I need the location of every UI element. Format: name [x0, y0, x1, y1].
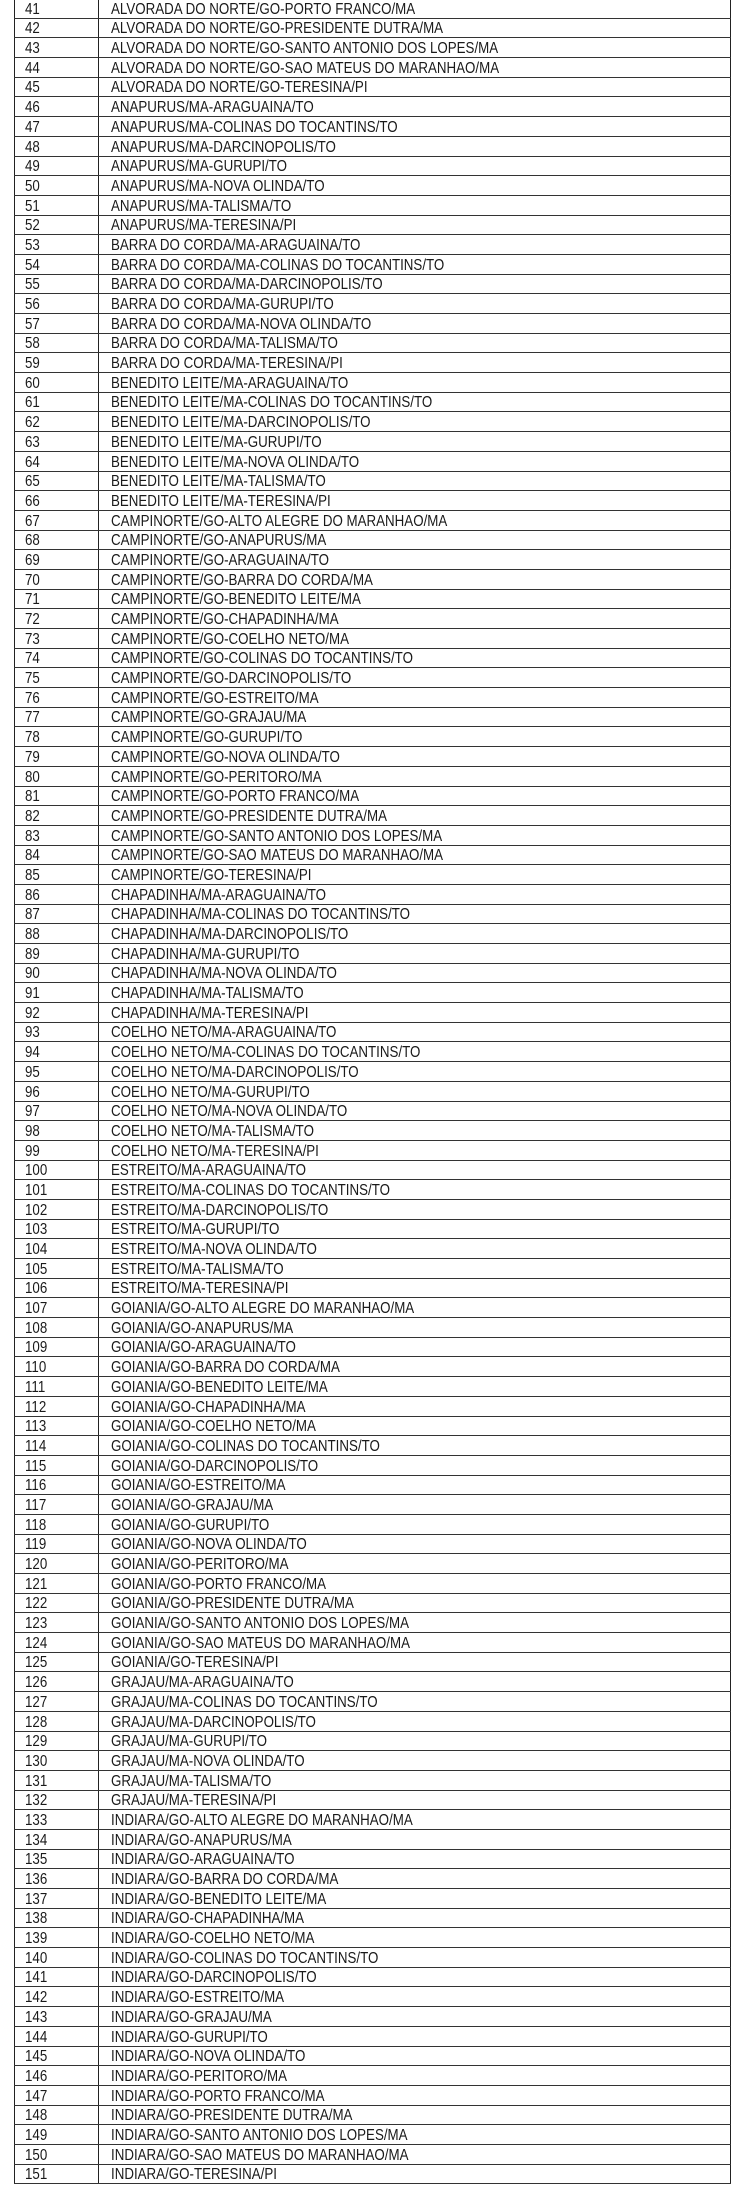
route-text: ESTREITO/MA-TALISMA/TO	[111, 1261, 284, 1278]
table-row: 135INDIARA/GO-ARAGUAINA/TO	[15, 1849, 731, 1869]
route-text: CHAPADINHA/MA-ARAGUAINA/TO	[111, 887, 326, 904]
row-number-cell: 65	[15, 471, 99, 491]
route-cell: GOIANIA/GO-SANTO ANTONIO DOS LOPES/MA	[99, 1613, 731, 1633]
route-cell: COELHO NETO/MA-COLINAS DO TOCANTINS/TO	[99, 1042, 731, 1062]
row-number: 144	[25, 2029, 47, 2046]
row-number-cell: 116	[15, 1475, 99, 1495]
table-row: 112GOIANIA/GO-CHAPADINHA/MA	[15, 1396, 731, 1416]
table-row: 100ESTREITO/MA-ARAGUAINA/TO	[15, 1160, 731, 1180]
row-number-cell: 63	[15, 432, 99, 452]
table-row: 86CHAPADINHA/MA-ARAGUAINA/TO	[15, 884, 731, 904]
table-row: 103ESTREITO/MA-GURUPI/TO	[15, 1219, 731, 1239]
row-number-cell: 69	[15, 550, 99, 570]
table-row: 118GOIANIA/GO-GURUPI/TO	[15, 1514, 731, 1534]
table-row: 130GRAJAU/MA-NOVA OLINDA/TO	[15, 1751, 731, 1771]
route-cell: BARRA DO CORDA/MA-ARAGUAINA/TO	[99, 235, 731, 255]
table-row: 67CAMPINORTE/GO-ALTO ALEGRE DO MARANHAO/…	[15, 510, 731, 530]
row-number: 50	[25, 178, 40, 195]
row-number-cell: 78	[15, 727, 99, 747]
row-number-cell: 41	[15, 0, 99, 18]
route-cell: ANAPURUS/MA-TERESINA/PI	[99, 215, 731, 235]
row-number-cell: 43	[15, 38, 99, 58]
table-row: 53BARRA DO CORDA/MA-ARAGUAINA/TO	[15, 235, 731, 255]
row-number: 75	[25, 670, 40, 687]
row-number-cell: 119	[15, 1534, 99, 1554]
route-text: BENEDITO LEITE/MA-COLINAS DO TOCANTINS/T…	[111, 394, 432, 411]
row-number: 125	[25, 1654, 47, 1671]
table-row: 49ANAPURUS/MA-GURUPI/TO	[15, 156, 731, 176]
route-cell: ESTREITO/MA-NOVA OLINDA/TO	[99, 1239, 731, 1259]
route-text: CAMPINORTE/GO-CHAPADINHA/MA	[111, 611, 339, 628]
row-number-cell: 123	[15, 1613, 99, 1633]
table-row: 41ALVORADA DO NORTE/GO-PORTO FRANCO/MA	[15, 0, 731, 18]
route-cell: CAMPINORTE/GO-ALTO ALEGRE DO MARANHAO/MA	[99, 510, 731, 530]
route-cell: GOIANIA/GO-ESTREITO/MA	[99, 1475, 731, 1495]
route-text: BARRA DO CORDA/MA-ARAGUAINA/TO	[111, 237, 360, 254]
route-text: CAMPINORTE/GO-PRESIDENTE DUTRA/MA	[111, 808, 387, 825]
row-number-cell: 57	[15, 314, 99, 334]
row-number-cell: 51	[15, 195, 99, 215]
table-row: 138INDIARA/GO-CHAPADINHA/MA	[15, 1908, 731, 1928]
route-cell: BARRA DO CORDA/MA-TALISMA/TO	[99, 333, 731, 353]
row-number: 131	[25, 1773, 47, 1790]
route-cell: BENEDITO LEITE/MA-TALISMA/TO	[99, 471, 731, 491]
route-text: BARRA DO CORDA/MA-TALISMA/TO	[111, 335, 338, 352]
row-number: 61	[25, 394, 40, 411]
table-row: 72CAMPINORTE/GO-CHAPADINHA/MA	[15, 609, 731, 629]
table-row: 127GRAJAU/MA-COLINAS DO TOCANTINS/TO	[15, 1692, 731, 1712]
table-row: 128GRAJAU/MA-DARCINOPOLIS/TO	[15, 1711, 731, 1731]
row-number: 136	[25, 1871, 47, 1888]
table-row: 145INDIARA/GO-NOVA OLINDA/TO	[15, 2046, 731, 2066]
table-row: 92CHAPADINHA/MA-TERESINA/PI	[15, 1003, 731, 1023]
table-row: 93COELHO NETO/MA-ARAGUAINA/TO	[15, 1022, 731, 1042]
route-text: CAMPINORTE/GO-SAO MATEUS DO MARANHAO/MA	[111, 847, 443, 864]
row-number: 112	[25, 1399, 46, 1416]
row-number: 48	[25, 139, 40, 156]
route-text: CAMPINORTE/GO-COELHO NETO/MA	[111, 631, 349, 648]
row-number: 96	[25, 1084, 40, 1101]
table-row: 64BENEDITO LEITE/MA-NOVA OLINDA/TO	[15, 451, 731, 471]
route-text: COELHO NETO/MA-GURUPI/TO	[111, 1084, 310, 1101]
route-text: ANAPURUS/MA-TALISMA/TO	[111, 198, 291, 215]
row-number-cell: 140	[15, 1948, 99, 1968]
row-number-cell: 133	[15, 1810, 99, 1830]
route-text: GRAJAU/MA-GURUPI/TO	[111, 1733, 267, 1750]
route-cell: ESTREITO/MA-TALISMA/TO	[99, 1259, 731, 1279]
routes-table: 41ALVORADA DO NORTE/GO-PORTO FRANCO/MA42…	[14, 0, 731, 2184]
row-number: 134	[25, 1832, 47, 1849]
row-number-cell: 135	[15, 1849, 99, 1869]
route-text: INDIARA/GO-ESTREITO/MA	[111, 1989, 284, 2006]
route-cell: BARRA DO CORDA/MA-COLINAS DO TOCANTINS/T…	[99, 254, 731, 274]
route-cell: BARRA DO CORDA/MA-TERESINA/PI	[99, 353, 731, 373]
row-number: 126	[25, 1674, 47, 1691]
table-row: 113GOIANIA/GO-COELHO NETO/MA	[15, 1416, 731, 1436]
row-number: 145	[25, 2048, 47, 2065]
route-cell: BENEDITO LEITE/MA-GURUPI/TO	[99, 432, 731, 452]
row-number: 93	[25, 1024, 40, 1041]
row-number-cell: 96	[15, 1081, 99, 1101]
table-row: 43ALVORADA DO NORTE/GO-SANTO ANTONIO DOS…	[15, 38, 731, 58]
row-number: 55	[25, 276, 40, 293]
row-number-cell: 54	[15, 254, 99, 274]
row-number-cell: 132	[15, 1790, 99, 1810]
table-row: 98COELHO NETO/MA-TALISMA/TO	[15, 1121, 731, 1141]
row-number: 44	[25, 60, 40, 77]
route-text: INDIARA/GO-PERITORO/MA	[111, 2068, 287, 2085]
row-number: 103	[25, 1221, 47, 1238]
row-number-cell: 134	[15, 1829, 99, 1849]
row-number: 124	[25, 1635, 47, 1652]
table-row: 63BENEDITO LEITE/MA-GURUPI/TO	[15, 432, 731, 452]
row-number-cell: 89	[15, 944, 99, 964]
table-row: 73CAMPINORTE/GO-COELHO NETO/MA	[15, 629, 731, 649]
row-number-cell: 109	[15, 1337, 99, 1357]
route-text: ANAPURUS/MA-COLINAS DO TOCANTINS/TO	[111, 119, 398, 136]
table-row: 65BENEDITO LEITE/MA-TALISMA/TO	[15, 471, 731, 491]
table-row: 47ANAPURUS/MA-COLINAS DO TOCANTINS/TO	[15, 117, 731, 137]
row-number-cell: 124	[15, 1633, 99, 1653]
route-text: COELHO NETO/MA-DARCINOPOLIS/TO	[111, 1064, 359, 1081]
row-number: 127	[25, 1694, 47, 1711]
row-number: 70	[25, 572, 40, 589]
route-cell: ESTREITO/MA-DARCINOPOLIS/TO	[99, 1199, 731, 1219]
row-number-cell: 90	[15, 963, 99, 983]
route-cell: GOIANIA/GO-SAO MATEUS DO MARANHAO/MA	[99, 1633, 731, 1653]
row-number-cell: 147	[15, 2085, 99, 2105]
table-row: 126GRAJAU/MA-ARAGUAINA/TO	[15, 1672, 731, 1692]
route-text: ESTREITO/MA-NOVA OLINDA/TO	[111, 1241, 317, 1258]
route-text: CHAPADINHA/MA-COLINAS DO TOCANTINS/TO	[111, 906, 410, 923]
route-text: GOIANIA/GO-PORTO FRANCO/MA	[111, 1576, 326, 1593]
route-cell: GOIANIA/GO-NOVA OLINDA/TO	[99, 1534, 731, 1554]
route-cell: GOIANIA/GO-DARCINOPOLIS/TO	[99, 1455, 731, 1475]
table-row: 50ANAPURUS/MA-NOVA OLINDA/TO	[15, 176, 731, 196]
row-number-cell: 77	[15, 707, 99, 727]
row-number: 121	[25, 1576, 47, 1593]
route-cell: BENEDITO LEITE/MA-TERESINA/PI	[99, 491, 731, 511]
route-cell: GRAJAU/MA-NOVA OLINDA/TO	[99, 1751, 731, 1771]
table-row: 108GOIANIA/GO-ANAPURUS/MA	[15, 1318, 731, 1338]
route-text: ESTREITO/MA-COLINAS DO TOCANTINS/TO	[111, 1182, 390, 1199]
row-number-cell: 141	[15, 1967, 99, 1987]
table-row: 123GOIANIA/GO-SANTO ANTONIO DOS LOPES/MA	[15, 1613, 731, 1633]
route-text: INDIARA/GO-SAO MATEUS DO MARANHAO/MA	[111, 2147, 408, 2164]
route-cell: BARRA DO CORDA/MA-GURUPI/TO	[99, 294, 731, 314]
row-number: 102	[25, 1202, 47, 1219]
route-text: CAMPINORTE/GO-ANAPURUS/MA	[111, 532, 326, 549]
row-number: 73	[25, 631, 40, 648]
route-text: GOIANIA/GO-BARRA DO CORDA/MA	[111, 1359, 340, 1376]
route-cell: CAMPINORTE/GO-PERITORO/MA	[99, 766, 731, 786]
row-number-cell: 64	[15, 451, 99, 471]
route-text: ALVORADA DO NORTE/GO-PRESIDENTE DUTRA/MA	[111, 20, 443, 37]
row-number: 79	[25, 749, 40, 766]
route-text: BENEDITO LEITE/MA-TERESINA/PI	[111, 493, 331, 510]
table-row: 45ALVORADA DO NORTE/GO-TERESINA/PI	[15, 77, 731, 97]
route-cell: GRAJAU/MA-TERESINA/PI	[99, 1790, 731, 1810]
route-text: BARRA DO CORDA/MA-DARCINOPOLIS/TO	[111, 276, 383, 293]
row-number-cell: 138	[15, 1908, 99, 1928]
route-text: CAMPINORTE/GO-COLINAS DO TOCANTINS/TO	[111, 650, 413, 667]
row-number: 51	[25, 198, 40, 215]
row-number: 91	[25, 985, 40, 1002]
row-number: 76	[25, 690, 40, 707]
row-number: 142	[25, 1989, 47, 2006]
table-row: 119GOIANIA/GO-NOVA OLINDA/TO	[15, 1534, 731, 1554]
route-text: CAMPINORTE/GO-TERESINA/PI	[111, 867, 311, 884]
route-text: GOIANIA/GO-ALTO ALEGRE DO MARANHAO/MA	[111, 1300, 414, 1317]
table-row: 139INDIARA/GO-COELHO NETO/MA	[15, 1928, 731, 1948]
route-cell: BENEDITO LEITE/MA-ARAGUAINA/TO	[99, 373, 731, 393]
route-text: BENEDITO LEITE/MA-NOVA OLINDA/TO	[111, 454, 359, 471]
route-cell: BENEDITO LEITE/MA-DARCINOPOLIS/TO	[99, 412, 731, 432]
route-text: GOIANIA/GO-COELHO NETO/MA	[111, 1418, 316, 1435]
row-number-cell: 113	[15, 1416, 99, 1436]
row-number-cell: 143	[15, 2007, 99, 2027]
table-row: 42ALVORADA DO NORTE/GO-PRESIDENTE DUTRA/…	[15, 18, 731, 38]
route-text: COELHO NETO/MA-COLINAS DO TOCANTINS/TO	[111, 1044, 420, 1061]
row-number-cell: 102	[15, 1199, 99, 1219]
row-number: 130	[25, 1753, 47, 1770]
route-text: CAMPINORTE/GO-PORTO FRANCO/MA	[111, 788, 359, 805]
route-text: GRAJAU/MA-TALISMA/TO	[111, 1773, 271, 1790]
row-number-cell: 92	[15, 1003, 99, 1023]
row-number-cell: 100	[15, 1160, 99, 1180]
route-cell: CAMPINORTE/GO-BARRA DO CORDA/MA	[99, 569, 731, 589]
table-row: 101ESTREITO/MA-COLINAS DO TOCANTINS/TO	[15, 1180, 731, 1200]
row-number-cell: 104	[15, 1239, 99, 1259]
route-text: CAMPINORTE/GO-SANTO ANTONIO DOS LOPES/MA	[111, 828, 442, 845]
row-number: 149	[25, 2127, 47, 2144]
row-number-cell: 67	[15, 510, 99, 530]
table-row: 116GOIANIA/GO-ESTREITO/MA	[15, 1475, 731, 1495]
table-row: 90CHAPADINHA/MA-NOVA OLINDA/TO	[15, 963, 731, 983]
row-number: 137	[25, 1891, 47, 1908]
row-number-cell: 114	[15, 1436, 99, 1456]
table-row: 59BARRA DO CORDA/MA-TERESINA/PI	[15, 353, 731, 373]
route-text: COELHO NETO/MA-TALISMA/TO	[111, 1123, 314, 1140]
route-text: GRAJAU/MA-COLINAS DO TOCANTINS/TO	[111, 1694, 378, 1711]
route-cell: GOIANIA/GO-ANAPURUS/MA	[99, 1318, 731, 1338]
table-row: 88CHAPADINHA/MA-DARCINOPOLIS/TO	[15, 924, 731, 944]
route-cell: GOIANIA/GO-PORTO FRANCO/MA	[99, 1574, 731, 1594]
table-row: 121GOIANIA/GO-PORTO FRANCO/MA	[15, 1574, 731, 1594]
route-cell: CHAPADINHA/MA-TERESINA/PI	[99, 1003, 731, 1023]
route-text: INDIARA/GO-BENEDITO LEITE/MA	[111, 1891, 326, 1908]
row-number-cell: 115	[15, 1455, 99, 1475]
table-row: 85CAMPINORTE/GO-TERESINA/PI	[15, 865, 731, 885]
table-row: 48ANAPURUS/MA-DARCINOPOLIS/TO	[15, 136, 731, 156]
route-cell: GOIANIA/GO-GURUPI/TO	[99, 1514, 731, 1534]
row-number-cell: 56	[15, 294, 99, 314]
row-number: 98	[25, 1123, 40, 1140]
route-text: ESTREITO/MA-TERESINA/PI	[111, 1280, 289, 1297]
row-number-cell: 118	[15, 1514, 99, 1534]
route-text: INDIARA/GO-COLINAS DO TOCANTINS/TO	[111, 1950, 378, 1967]
row-number: 43	[25, 40, 40, 57]
row-number: 101	[25, 1182, 47, 1199]
route-cell: GOIANIA/GO-PRESIDENTE DUTRA/MA	[99, 1593, 731, 1613]
row-number-cell: 85	[15, 865, 99, 885]
table-row: 79CAMPINORTE/GO-NOVA OLINDA/TO	[15, 747, 731, 767]
route-text: CAMPINORTE/GO-GURUPI/TO	[111, 729, 302, 746]
route-text: ESTREITO/MA-GURUPI/TO	[111, 1221, 279, 1238]
row-number: 72	[25, 611, 40, 628]
route-text: CAMPINORTE/GO-ESTREITO/MA	[111, 690, 319, 707]
row-number: 89	[25, 946, 40, 963]
table-row: 149INDIARA/GO-SANTO ANTONIO DOS LOPES/MA	[15, 2125, 731, 2145]
route-cell: CAMPINORTE/GO-SANTO ANTONIO DOS LOPES/MA	[99, 825, 731, 845]
table-row: 83CAMPINORTE/GO-SANTO ANTONIO DOS LOPES/…	[15, 825, 731, 845]
table-row: 148INDIARA/GO-PRESIDENTE DUTRA/MA	[15, 2105, 731, 2125]
row-number-cell: 117	[15, 1495, 99, 1515]
row-number-cell: 107	[15, 1298, 99, 1318]
table-row: 77CAMPINORTE/GO-GRAJAU/MA	[15, 707, 731, 727]
table-row: 81CAMPINORTE/GO-PORTO FRANCO/MA	[15, 786, 731, 806]
row-number: 135	[25, 1851, 47, 1868]
row-number: 57	[25, 316, 40, 333]
row-number-cell: 93	[15, 1022, 99, 1042]
row-number-cell: 149	[15, 2125, 99, 2145]
route-cell: ANAPURUS/MA-DARCINOPOLIS/TO	[99, 136, 731, 156]
route-cell: INDIARA/GO-ESTREITO/MA	[99, 1987, 731, 2007]
route-cell: ANAPURUS/MA-GURUPI/TO	[99, 156, 731, 176]
route-text: INDIARA/GO-SANTO ANTONIO DOS LOPES/MA	[111, 2127, 408, 2144]
route-cell: GOIANIA/GO-ARAGUAINA/TO	[99, 1337, 731, 1357]
table-row: 141INDIARA/GO-DARCINOPOLIS/TO	[15, 1967, 731, 1987]
row-number: 41	[25, 1, 40, 18]
route-text: CHAPADINHA/MA-NOVA OLINDA/TO	[111, 965, 337, 982]
table-row: 107GOIANIA/GO-ALTO ALEGRE DO MARANHAO/MA	[15, 1298, 731, 1318]
route-text: INDIARA/GO-PORTO FRANCO/MA	[111, 2088, 325, 2105]
row-number-cell: 120	[15, 1554, 99, 1574]
row-number: 65	[25, 473, 40, 490]
row-number-cell: 46	[15, 97, 99, 117]
route-cell: CAMPINORTE/GO-BENEDITO LEITE/MA	[99, 589, 731, 609]
route-text: CAMPINORTE/GO-DARCINOPOLIS/TO	[111, 670, 351, 687]
row-number: 115	[25, 1458, 46, 1475]
route-cell: GOIANIA/GO-COLINAS DO TOCANTINS/TO	[99, 1436, 731, 1456]
row-number: 111	[25, 1379, 45, 1396]
table-row: 140INDIARA/GO-COLINAS DO TOCANTINS/TO	[15, 1948, 731, 1968]
row-number-cell: 136	[15, 1869, 99, 1889]
row-number: 67	[25, 513, 40, 530]
route-cell: INDIARA/GO-TERESINA/PI	[99, 2164, 731, 2184]
row-number: 45	[25, 79, 40, 96]
route-cell: ALVORADA DO NORTE/GO-SAO MATEUS DO MARAN…	[99, 58, 731, 78]
table-row: 44ALVORADA DO NORTE/GO-SAO MATEUS DO MAR…	[15, 58, 731, 78]
route-text: ESTREITO/MA-DARCINOPOLIS/TO	[111, 1202, 328, 1219]
row-number: 122	[25, 1595, 47, 1612]
row-number: 60	[25, 375, 40, 392]
route-cell: INDIARA/GO-BARRA DO CORDA/MA	[99, 1869, 731, 1889]
routes-table-body: 41ALVORADA DO NORTE/GO-PORTO FRANCO/MA42…	[15, 0, 731, 2184]
row-number: 118	[25, 1517, 46, 1534]
row-number-cell: 81	[15, 786, 99, 806]
table-row: 97COELHO NETO/MA-NOVA OLINDA/TO	[15, 1101, 731, 1121]
route-text: GRAJAU/MA-NOVA OLINDA/TO	[111, 1753, 305, 1770]
route-text: GOIANIA/GO-GRAJAU/MA	[111, 1497, 273, 1514]
table-row: 71CAMPINORTE/GO-BENEDITO LEITE/MA	[15, 589, 731, 609]
row-number-cell: 150	[15, 2144, 99, 2164]
row-number-cell: 75	[15, 668, 99, 688]
row-number-cell: 60	[15, 373, 99, 393]
route-cell: ESTREITO/MA-GURUPI/TO	[99, 1219, 731, 1239]
route-text: GOIANIA/GO-SAO MATEUS DO MARANHAO/MA	[111, 1635, 410, 1652]
row-number-cell: 86	[15, 884, 99, 904]
route-text: COELHO NETO/MA-NOVA OLINDA/TO	[111, 1103, 347, 1120]
route-text: CAMPINORTE/GO-NOVA OLINDA/TO	[111, 749, 340, 766]
route-text: COELHO NETO/MA-ARAGUAINA/TO	[111, 1024, 336, 1041]
row-number-cell: 98	[15, 1121, 99, 1141]
table-row: 62BENEDITO LEITE/MA-DARCINOPOLIS/TO	[15, 412, 731, 432]
row-number-cell: 99	[15, 1140, 99, 1160]
table-row: 89CHAPADINHA/MA-GURUPI/TO	[15, 944, 731, 964]
row-number: 105	[25, 1261, 47, 1278]
route-text: INDIARA/GO-GRAJAU/MA	[111, 2009, 272, 2026]
route-text: GOIANIA/GO-ARAGUAINA/TO	[111, 1339, 296, 1356]
row-number-cell: 121	[15, 1574, 99, 1594]
route-cell: BENEDITO LEITE/MA-COLINAS DO TOCANTINS/T…	[99, 392, 731, 412]
route-cell: CAMPINORTE/GO-COLINAS DO TOCANTINS/TO	[99, 648, 731, 668]
row-number: 95	[25, 1064, 40, 1081]
row-number-cell: 76	[15, 688, 99, 708]
route-cell: CAMPINORTE/GO-NOVA OLINDA/TO	[99, 747, 731, 767]
route-text: INDIARA/GO-NOVA OLINDA/TO	[111, 2048, 305, 2065]
table-row: 54BARRA DO CORDA/MA-COLINAS DO TOCANTINS…	[15, 254, 731, 274]
table-row: 134INDIARA/GO-ANAPURUS/MA	[15, 1829, 731, 1849]
route-cell: GRAJAU/MA-COLINAS DO TOCANTINS/TO	[99, 1692, 731, 1712]
row-number: 119	[25, 1536, 46, 1553]
table-row: 68CAMPINORTE/GO-ANAPURUS/MA	[15, 530, 731, 550]
route-text: GOIANIA/GO-ANAPURUS/MA	[111, 1320, 293, 1337]
table-row: 114GOIANIA/GO-COLINAS DO TOCANTINS/TO	[15, 1436, 731, 1456]
row-number-cell: 137	[15, 1889, 99, 1909]
table-row: 69CAMPINORTE/GO-ARAGUAINA/TO	[15, 550, 731, 570]
table-row: 87CHAPADINHA/MA-COLINAS DO TOCANTINS/TO	[15, 904, 731, 924]
route-cell: CHAPADINHA/MA-DARCINOPOLIS/TO	[99, 924, 731, 944]
route-cell: CAMPINORTE/GO-DARCINOPOLIS/TO	[99, 668, 731, 688]
table-row: 147INDIARA/GO-PORTO FRANCO/MA	[15, 2085, 731, 2105]
route-text: INDIARA/GO-GURUPI/TO	[111, 2029, 268, 2046]
route-cell: BARRA DO CORDA/MA-NOVA OLINDA/TO	[99, 314, 731, 334]
route-cell: GOIANIA/GO-BARRA DO CORDA/MA	[99, 1357, 731, 1377]
row-number-cell: 58	[15, 333, 99, 353]
route-text: INDIARA/GO-ALTO ALEGRE DO MARANHAO/MA	[111, 1812, 413, 1829]
table-row: 55BARRA DO CORDA/MA-DARCINOPOLIS/TO	[15, 274, 731, 294]
row-number: 110	[25, 1359, 46, 1376]
row-number: 150	[25, 2147, 47, 2164]
route-text: ALVORADA DO NORTE/GO-PORTO FRANCO/MA	[111, 1, 415, 18]
route-cell: ALVORADA DO NORTE/GO-SANTO ANTONIO DOS L…	[99, 38, 731, 58]
route-text: GOIANIA/GO-CHAPADINHA/MA	[111, 1399, 306, 1416]
row-number: 87	[25, 906, 40, 923]
route-cell: CAMPINORTE/GO-SAO MATEUS DO MARANHAO/MA	[99, 845, 731, 865]
table-row: 150INDIARA/GO-SAO MATEUS DO MARANHAO/MA	[15, 2144, 731, 2164]
row-number: 92	[25, 1005, 40, 1022]
row-number-cell: 125	[15, 1652, 99, 1672]
row-number: 77	[25, 709, 40, 726]
row-number: 100	[25, 1162, 47, 1179]
row-number: 68	[25, 532, 40, 549]
row-number-cell: 112	[15, 1396, 99, 1416]
row-number-cell: 127	[15, 1692, 99, 1712]
row-number: 66	[25, 493, 40, 510]
route-text: INDIARA/GO-PRESIDENTE DUTRA/MA	[111, 2107, 352, 2124]
row-number: 54	[25, 257, 40, 274]
